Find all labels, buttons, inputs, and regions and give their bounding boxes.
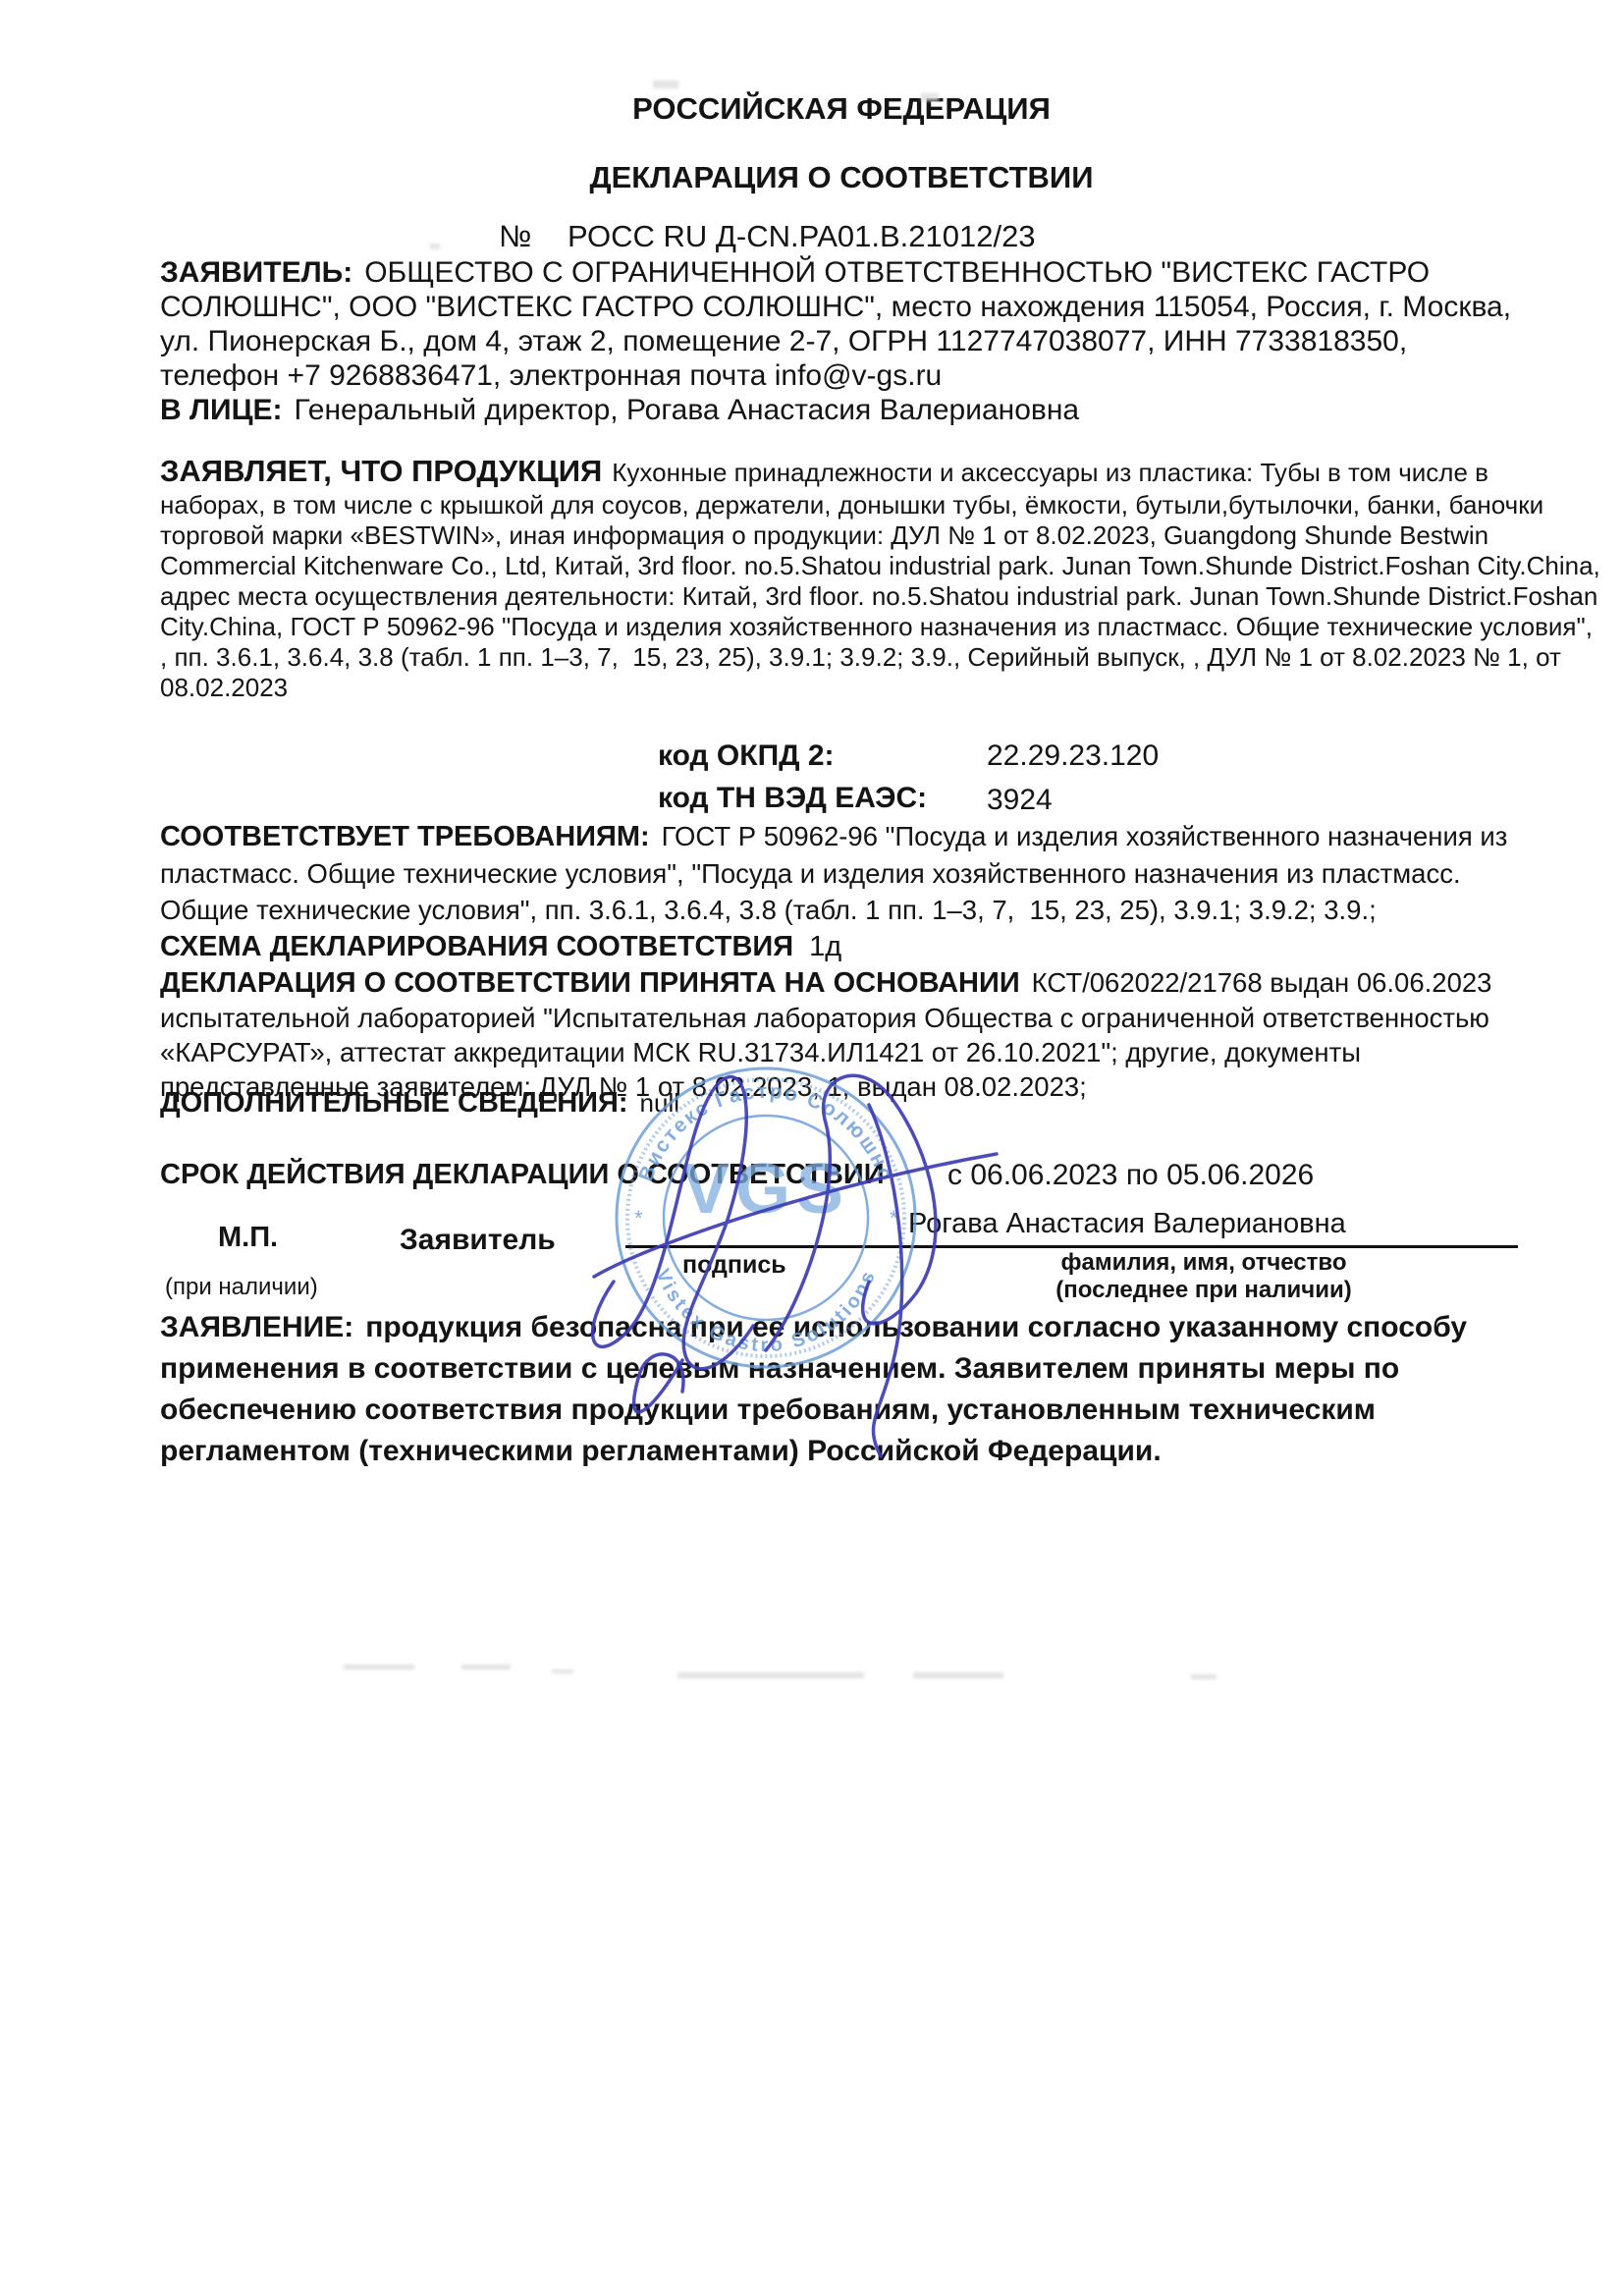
product-line-7: , пп. 3.6.1, 3.6.4, 3.8 (табл. 1 пп. 1–3… — [160, 642, 1561, 673]
conforms-line-2: пластмасс. Общие технические условия", "… — [160, 858, 1461, 890]
conforms-label: СООТВЕТСТВУЕТ ТРЕБОВАНИЯМ: — [160, 821, 650, 852]
handwritten-signature — [535, 1036, 1055, 1458]
in-face-line: В ЛИЦЕ:Генеральный директор, Рогава Анас… — [160, 394, 1079, 427]
applicant-line-1: ЗАЯВИТЕЛЬ:ОБЩЕСТВО С ОГРАНИЧЕННОЙ ОТВЕТС… — [160, 256, 1430, 290]
country-title: РОССИЙСКАЯ ФЕДЕРАЦИЯ — [160, 91, 1523, 127]
number-label: № — [499, 219, 531, 254]
document-title: ДЕКЛАРАЦИЯ О СООТВЕТСТВИИ — [160, 160, 1523, 195]
conforms-line-1: СООТВЕТСТВУЕТ ТРЕБОВАНИЯМ:ГОСТ Р 50962-9… — [160, 821, 1507, 853]
basis-line-1: ДЕКЛАРАЦИЯ О СООТВЕТСТВИИ ПРИНЯТА НА ОСН… — [160, 967, 1491, 1000]
mp-label: М.П. — [218, 1222, 278, 1254]
mp-note: (при наличии) — [165, 1274, 318, 1301]
declaration-document: РОССИЙСКАЯ ФЕДЕРАЦИЯ ДЕКЛАРАЦИЯ О СООТВЕ… — [0, 0, 1623, 2296]
okpd-value: 22.29.23.120 — [987, 739, 1159, 773]
product-line-3: торговой марки «BESTWIN», иная информаци… — [160, 520, 1488, 551]
product-line-2: наборах, в том числе с крышкой для соусо… — [160, 490, 1543, 520]
applicant-role-label: Заявитель — [400, 1224, 556, 1257]
applicant-line-4: телефон +7 9268836471, электронная почта… — [160, 359, 942, 393]
product-line-6: City.China, ГОСТ Р 50962-96 "Посуда и из… — [160, 612, 1593, 642]
product-line-5: адрес места осуществления деятельности: … — [160, 581, 1597, 612]
signature-icon — [535, 1036, 1055, 1458]
product-line-1: ЗАЯВЛЯЕТ, ЧТО ПРОДУКЦИЯКухонные принадле… — [160, 454, 1488, 489]
basis-line-2: испытательной лабораторией "Испытательна… — [160, 1003, 1489, 1034]
in-face-label: В ЛИЦЕ: — [160, 394, 283, 426]
product-label: ЗАЯВЛЯЕТ, ЧТО ПРОДУКЦИЯ — [160, 454, 602, 488]
conforms-line-3: Общие технические условия", пп. 3.6.1, 3… — [160, 895, 1377, 926]
scheme-row: СХЕМА ДЕКЛАРИРОВАНИЯ СООТВЕТСТВИЯ1д — [160, 931, 841, 963]
applicant-line-2: СОЛЮШНС", ООО "ВИСТЕКС ГАСТРО СОЛЮШНС", … — [160, 291, 1511, 324]
product-line-4: Commercial Kitchenware Co., Ltd, Китай, … — [160, 551, 1600, 581]
okpd-label: код ОКПД 2: — [658, 739, 835, 773]
applicant-label: ЗАЯВИТЕЛЬ: — [160, 256, 352, 289]
number-value: РОСС RU Д-CN.РА01.В.21012/23 — [568, 219, 1036, 254]
applicant-line-3: ул. Пионерская Б., дом 4, этаж 2, помеще… — [160, 325, 1407, 358]
tnved-label: код ТН ВЭД ЕАЭС: — [658, 782, 927, 815]
tnved-value: 3924 — [987, 784, 1053, 817]
scheme-value: 1д — [809, 931, 841, 962]
statement-label: ЗАЯВЛЕНИЕ: — [160, 1311, 353, 1343]
basis-label: ДЕКЛАРАЦИЯ О СООТВЕТСТВИИ ПРИНЯТА НА ОСН… — [160, 967, 1020, 999]
scheme-label: СХЕМА ДЕКЛАРИРОВАНИЯ СООТВЕТСТВИЯ — [160, 931, 793, 962]
product-line-8: 08.02.2023 — [160, 673, 288, 703]
